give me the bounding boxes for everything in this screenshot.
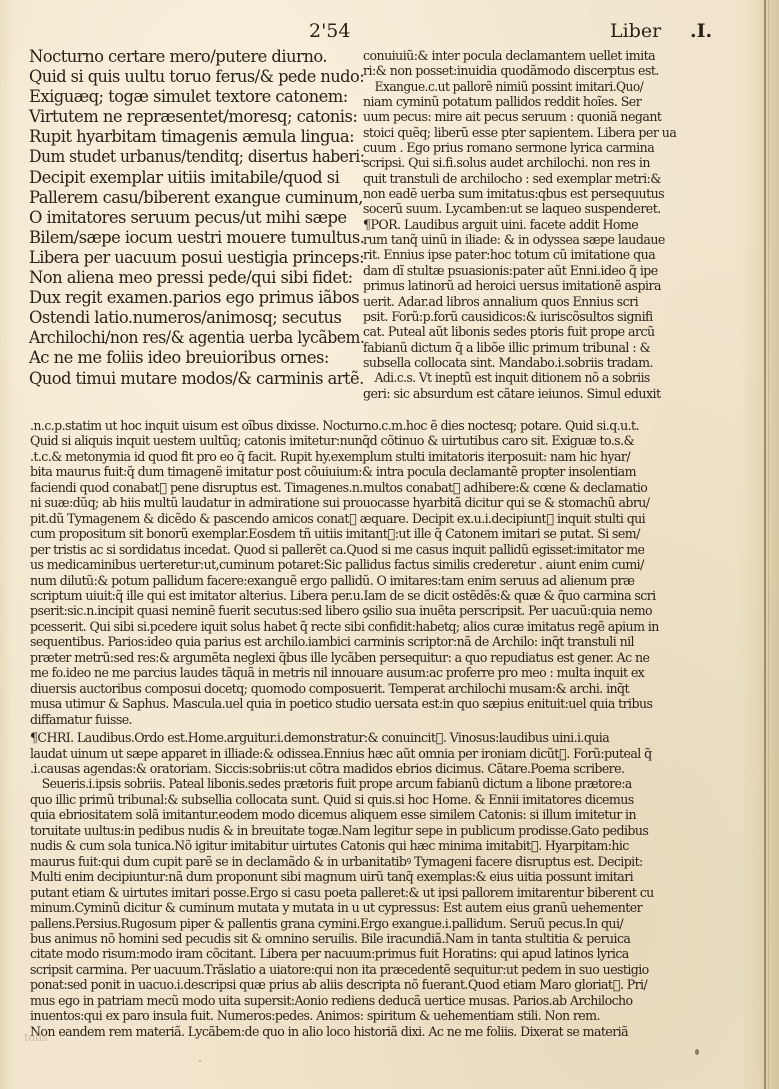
verse-line: Decipit exemplar uitiis imitabile/quod s…: [29, 168, 364, 188]
commentary-line: pserit:sic.n.incipit quasi neminẽ fuerit…: [30, 603, 745, 618]
commentary-line: Seueris.i.ipsis sobriis. Pateal libonis.…: [30, 776, 733, 791]
commentary-line: me fo.ideo ne me parcius laudes tãquã in…: [30, 665, 745, 680]
commentary-line: bita maurus fuit:q̃ dum timagenẽ imitatu…: [30, 464, 745, 479]
commentary-line: fabianũ dictum q̃ a libõe illic primum t…: [363, 340, 743, 355]
commentary-line: non eadẽ uerba sum imitatus:qbus est per…: [363, 186, 743, 201]
verse-line: O imitatores seruum pecus/ut mihi sæpe: [29, 208, 364, 228]
commentary-line: .t.c.& metonymia id quod fit pro eo q̃ f…: [30, 449, 745, 464]
commentary-line: niam cyminũ potatum pallidos reddit hoĩe…: [363, 94, 743, 109]
commentary-line: Multi enim decipiuntur:nã dum proponunt …: [30, 869, 745, 884]
commentary-line: Exangue.c.ut pallorẽ nimiũ possint imita…: [363, 79, 731, 94]
commentary-line: cuum . Ego prius romano sermone lyrica c…: [363, 140, 743, 155]
page-edge-line-secondary: [768, 0, 769, 1089]
verse-line: Pallerem casu/biberent exangue cuminum,: [29, 188, 364, 208]
commentary-line: cum propositum sit bonorũ exemplar.Eosde…: [30, 526, 745, 541]
verse-line: Libera per uacuum posui uestigia princep…: [29, 248, 360, 268]
commentary-full-width: .n.c.p.statim ut hoc inquit uisum est oĩ…: [30, 418, 745, 1039]
commentary-line: laudat uinum ut sæpe apparet in illiade:…: [30, 746, 745, 761]
commentary-line: scripsi. Qui si.fi.solus audet archiloch…: [363, 155, 743, 170]
verse-line: Archilochi/non res/& agentia uerba lycãb…: [29, 328, 351, 348]
commentary-line: pit.dũ Tymagenem & dicẽdo & pascendo ami…: [30, 511, 745, 526]
commentary-line: uerit. Adar.ad libros annalium quos Enni…: [363, 294, 743, 309]
commentary-line: uum pecus: mire ait pecus seruum : quoni…: [363, 109, 743, 124]
commentary-line: per tristis ac si sordidatus incedat. Qu…: [30, 542, 745, 557]
commentary-line: ni suæ:dũq; ab hiis multũ laudatur in ad…: [30, 495, 745, 510]
commentary-line: mus ego in patriam mecũ modo uita supers…: [30, 993, 745, 1008]
commentary-line: diffamatur fuisse.: [30, 712, 745, 727]
commentary-line: ¶POR. Laudibus arguit uini. facete addit…: [363, 217, 743, 232]
commentary-line: num dilutũ:& potum pallidum facere:exang…: [30, 573, 745, 588]
commentary-line: psit. Forũ:p.forũ causidicos:& iuriscõsu…: [363, 309, 743, 324]
page-edge-line: [764, 0, 766, 1089]
commentary-line: cat. Puteal aũt libonis sedes ptoris fui…: [363, 324, 743, 339]
commentary-line: subsella collocata sint. Mandabo.i.sobri…: [363, 355, 743, 370]
commentary-line: sequentibus. Parios:ideo quia parius est…: [30, 634, 745, 649]
commentary-line: dam dĩ stultæ psuasionis:pater aũt Enni.…: [363, 263, 743, 278]
commentary-line: Adi.c.s. Vt ineptũ est inquit ditionem n…: [363, 370, 731, 385]
commentary-right-column: conuiuiũ:& inter pocula declamantem uell…: [363, 48, 743, 401]
verse-line: Virtutem ne repræsentet/moresq; catonis:: [29, 107, 364, 127]
commentary-line: præter metrũ:sed res:& argumẽta neglexi …: [30, 650, 745, 665]
commentary-line: rit. Ennius ipse pater:hoc totum cũ imit…: [363, 247, 743, 262]
scanned-book-page: 2'54 Liber .I. Nocturno certare mero/put…: [0, 0, 779, 1089]
faint-bleedthrough-mark: tolis: [24, 1031, 48, 1044]
commentary-line: faciendi quod conabatᷣ pene disruptus es…: [30, 480, 745, 495]
verse-line: Dux regit examen.parios ego primus iãbos: [29, 288, 364, 308]
ink-speck: [199, 1060, 201, 1062]
commentary-line: socerũ suum. Lycamben:ut se laqueo suspe…: [363, 201, 743, 216]
verse-line: Non aliena meo pressi pede/qui sibi fide…: [29, 268, 364, 288]
verse-line: Exiguæq; togæ simulet textore catonem:: [29, 87, 364, 107]
verse-line: Bilem/sæpe iocum uestri mouere tumultus.: [29, 228, 362, 248]
verse-line: Dum studet urbanus/tenditq; disertus hab…: [29, 147, 347, 167]
commentary-line: .i.causas agendas:& oratoriam. Siccis:so…: [30, 761, 745, 776]
commentary-line: stoici quẽq; liberũ esse pter sapientem.…: [363, 125, 743, 140]
folio-number: 2'54: [309, 20, 351, 42]
commentary-line: Non eandem rem materiã. Lycãbem:de quo i…: [30, 1024, 745, 1039]
commentary-line: .n.c.p.statim ut hoc inquit uisum est oĩ…: [30, 418, 745, 433]
commentary-line: nudis & cum sola tunica.Nõ igitur imitab…: [30, 838, 745, 853]
commentary-line: us medicaminibus uerteretur:ut,cuminum p…: [30, 557, 745, 572]
commentary-line: ponat:sed ponit in uacuo.i.descripsi quæ…: [30, 977, 745, 992]
ink-speck: [695, 1049, 699, 1055]
commentary-line: ri:& non posset:inuidia quodãmodo discer…: [363, 63, 743, 78]
commentary-line: toruitate uultus:in pedibus nudis & in b…: [30, 823, 745, 838]
poem-verse-block: Nocturno certare mero/putere diurno.Quid…: [29, 47, 364, 389]
running-head: 2'54 Liber .I.: [0, 20, 779, 44]
commentary-line: conuiuiũ:& inter pocula declamantem uell…: [363, 48, 743, 63]
verse-line: Ostendi latio.numeros/animosq; secutus: [29, 308, 364, 328]
commentary-line: Quid si aliquis inquit uestem uultũq; ca…: [30, 433, 745, 448]
commentary-line: minum.Cyminũ dicitur & cuminum mutata y …: [30, 900, 745, 915]
commentary-line: pcesserit. Qui sibi si.pcedere iquit sol…: [30, 619, 745, 634]
commentary-line: scriptum uiuit:q̃ ille qui est imitator …: [30, 588, 745, 603]
commentary-section-main: .n.c.p.statim ut hoc inquit uisum est oĩ…: [30, 418, 745, 727]
verse-line: Rupit hyarbitam timagenis æmula lingua:: [29, 127, 364, 147]
commentary-line: quit transtuli de archilocho : sed exemp…: [363, 171, 743, 186]
commentary-line: putant etiam & uirtutes imitari posse.Er…: [30, 885, 745, 900]
commentary-line: quia ebriositatem solã imitantur.eodem m…: [30, 807, 745, 822]
verse-line: Nocturno certare mero/putere diurno.: [29, 47, 364, 67]
commentary-line: rum tanq̃ uinũ in iliade: & in odyssea s…: [363, 232, 743, 247]
commentary-line: geri: sic absurdum est cãtare ieiunos. S…: [363, 386, 743, 401]
commentary-line: primus latinorũ ad heroici uersus imitat…: [363, 278, 743, 293]
commentary-line: musa utimur & Saphus. Mascula.uel quia i…: [30, 696, 745, 711]
book-number: .I.: [690, 20, 712, 42]
commentary-line: maurus fuit:qui dum cupit parẽ se in dec…: [30, 854, 745, 869]
commentary-line: citate modo risum:modo iram cõcitant. Li…: [30, 946, 745, 961]
commentary-line: inuentos:qui ex paro insula fuit. Numero…: [30, 1008, 745, 1023]
verse-line: Quod timui mutare modos/& carminis artẽ.: [29, 369, 362, 389]
commentary-section-chri: ¶CHRI. Laudibus.Ordo est.Home.arguitur.i…: [30, 730, 745, 1039]
commentary-line: pallens.Persius.Rugosum piper & pallenti…: [30, 916, 745, 931]
commentary-line: ¶CHRI. Laudibus.Ordo est.Home.arguitur.i…: [30, 730, 745, 745]
commentary-line: bus animus nõ homini sed pecudis sit & o…: [30, 931, 745, 946]
verse-line: Quid si quis uultu toruo ferus/& pede nu…: [29, 67, 360, 87]
verse-line: Ac ne me foliis ideo breuioribus ornes:: [29, 348, 364, 368]
commentary-line: scripsit carmina. Per uacuum.Trãslatio a…: [30, 962, 745, 977]
running-title: Liber: [610, 20, 661, 42]
commentary-line: quo illic primũ tribunal:& subsellia col…: [30, 792, 745, 807]
commentary-line: diuersis auctoribus composui docetq; quo…: [30, 681, 745, 696]
